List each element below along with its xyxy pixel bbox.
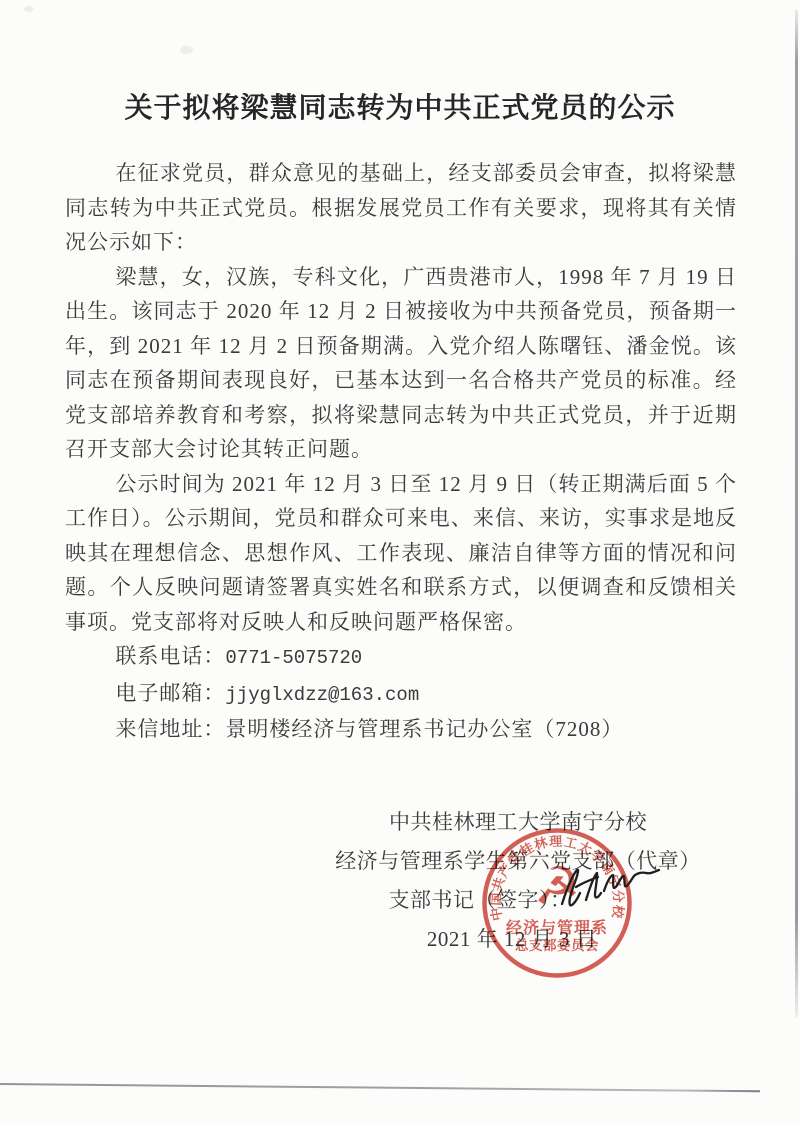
paragraph-member-info: 梁慧，女，汉族，专科文化，广西贵港市人，1998 年 7 月 19 日出生。该同… bbox=[65, 260, 737, 467]
handwritten-signature bbox=[552, 860, 670, 918]
scan-speck bbox=[180, 46, 193, 54]
seal-center-line-2: 总支部委员会 bbox=[515, 937, 599, 953]
contact-email-line: 电子邮箱：jjyglxdzz@163.com bbox=[65, 676, 737, 713]
scanned-notice-page: 关于拟将梁慧同志转为中共正式党员的公示 在征求党员，群众意见的基础上，经支部委员… bbox=[0, 0, 800, 1123]
contact-address-line: 来信地址：景明楼经济与管理系书记办公室（7208） bbox=[65, 712, 737, 747]
contact-address-value: 景明楼经济与管理系书记办公室（7208） bbox=[225, 717, 623, 741]
scan-edge-right bbox=[795, 10, 798, 1018]
page-title: 关于拟将梁慧同志转为中共正式党员的公示 bbox=[0, 86, 800, 126]
seal-center-line-1: 经济与管理系 bbox=[506, 918, 608, 937]
paragraph-publicity-period: 公示时间为 2021 年 12 月 3 日至 12 月 9 日（转正期满后面 5… bbox=[65, 467, 737, 640]
contact-phone-label: 联系电话： bbox=[115, 644, 225, 668]
contact-email-label: 电子邮箱： bbox=[115, 681, 225, 705]
notice-body: 在征求党员，群众意见的基础上，经支部委员会审查，拟将梁慧同志转为中共正式党员。根… bbox=[65, 156, 737, 747]
contact-address-label: 来信地址： bbox=[115, 717, 225, 741]
contact-email-value: jjyglxdzz@163.com bbox=[225, 684, 419, 706]
contact-phone-line: 联系电话：0771-5075720 bbox=[65, 639, 737, 676]
scan-edge-bottom bbox=[0, 1083, 760, 1092]
paragraph-intro: 在征求党员，群众意见的基础上，经支部委员会审查，拟将梁慧同志转为中共正式党员。根… bbox=[65, 156, 737, 260]
contact-phone-value: 0771-5075720 bbox=[225, 647, 362, 669]
scan-speck bbox=[24, 6, 34, 12]
